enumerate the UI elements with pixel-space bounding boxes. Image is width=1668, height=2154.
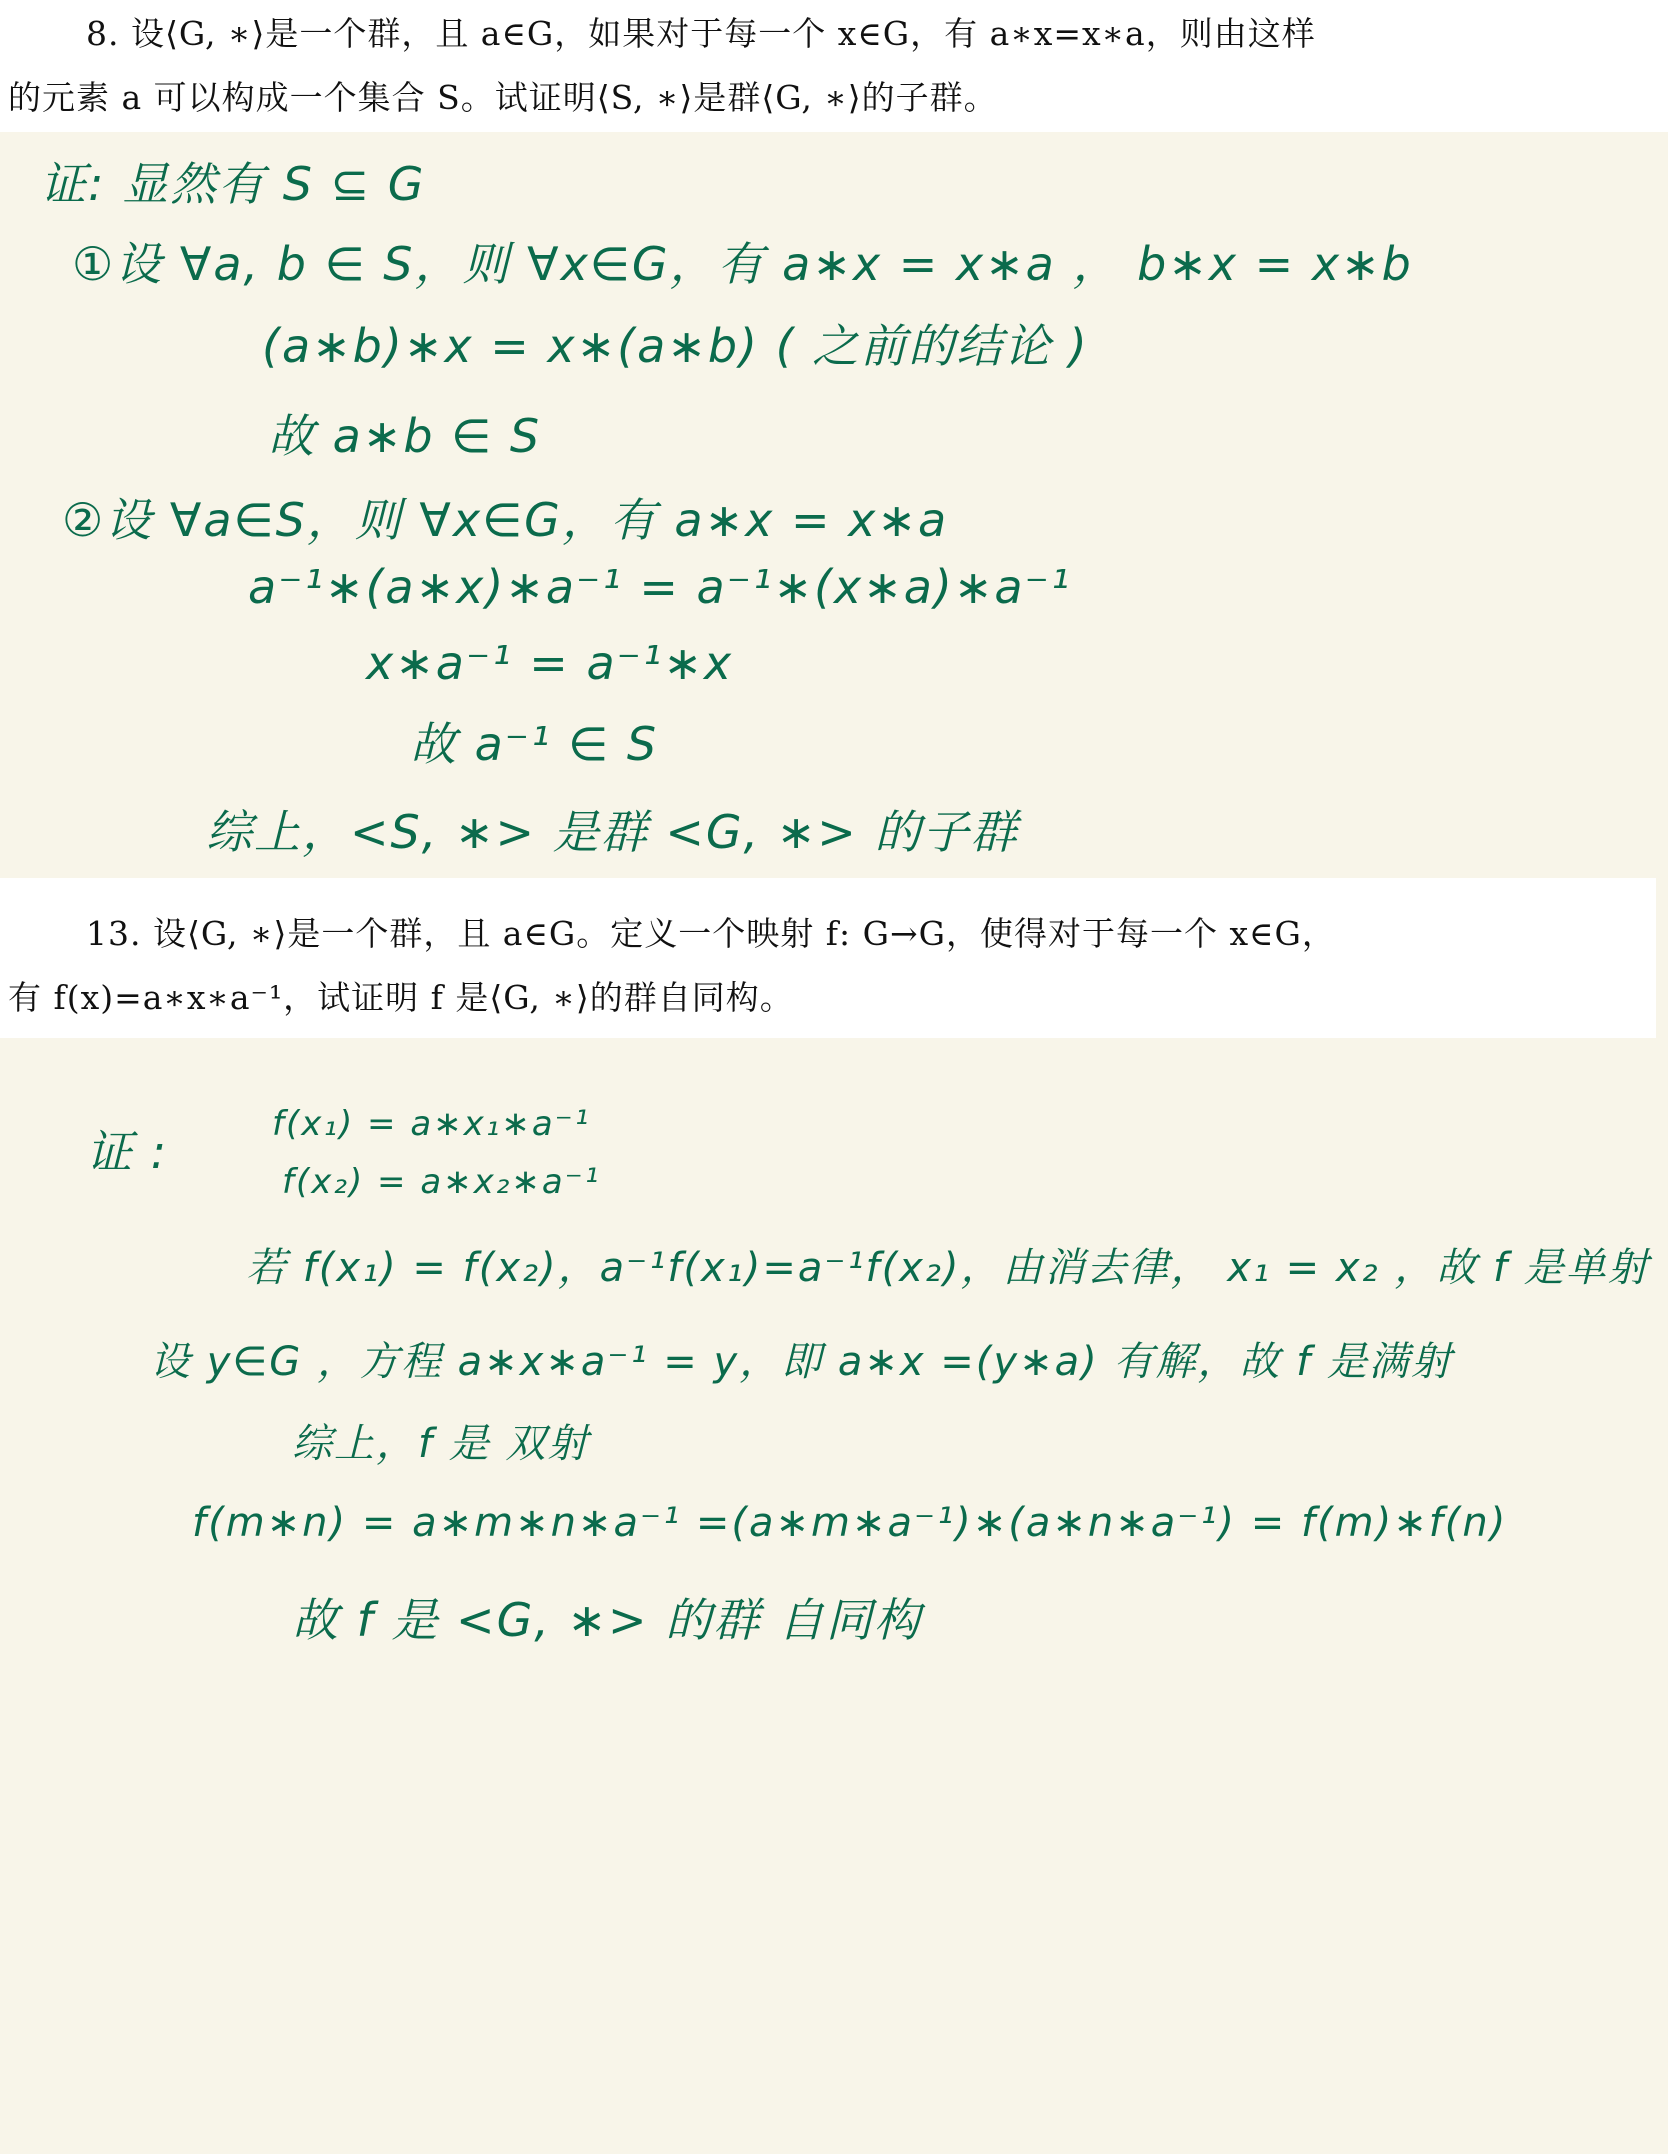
proof-8-line-5: ②设 ∀a∈S，则 ∀x∈G，有 a∗x = x∗a [62,484,948,550]
problem-8-line-2: 的元素 a 可以构成一个集合 S。试证明⟨S, ∗⟩是群⟨G, ∗⟩的子群。 [8,66,1668,130]
proof-13-line-f-x1: f(x₁) = a∗x₁∗a⁻¹ [272,1104,590,1144]
proof-13-line-f-x2: f(x₂) = a∗x₂∗a⁻¹ [282,1162,600,1202]
proof-13-label: 证 : [86,1116,168,1182]
proof-13-surjective: 设 y∈G ，方程 a∗x∗a⁻¹ = y，即 a∗x =(y∗a) 有解，故 … [150,1330,1453,1387]
problem-13-block: 13. 设⟨G, ∗⟩是一个群，且 a∈G。定义一个映射 f: G→G，使得对于… [0,878,1656,1038]
proof-8-line-3: (a∗b)∗x = x∗(a∗b) ( 之前的结论 ) [262,310,1089,376]
proof-13-homomorphism: f(m∗n) = a∗m∗n∗a⁻¹ =(a∗m∗a⁻¹)∗(a∗n∗a⁻¹) … [192,1500,1507,1546]
proof-8-line-7: x∗a⁻¹ = a⁻¹∗x [366,636,733,690]
proof-8-line-4: 故 a∗b ∈ S [268,400,541,466]
problem-13-line-1: 13. 设⟨G, ∗⟩是一个群，且 a∈G。定义一个映射 f: G→G，使得对于… [8,902,1656,966]
problem-13-line-2: 有 f(x)=a∗x∗a⁻¹，试证明 f 是⟨G, ∗⟩的群自同构。 [8,966,1656,1030]
problem-8-block: 8. 设⟨G, ∗⟩是一个群，且 a∈G，如果对于每一个 x∈G，有 a∗x=x… [0,0,1668,132]
proof-8-line-9: 综上，<S, ∗> 是群 <G, ∗> 的子群 [206,796,1018,862]
proof-13-injective: 若 f(x₁) = f(x₂)，a⁻¹f(x₁)=a⁻¹f(x₂)，由消去律， … [246,1236,1650,1293]
proof-8-line-2: ①设 ∀a, b ∈ S，则 ∀x∈G，有 a∗x = x∗a ， b∗x = … [72,228,1413,294]
proof-8-line-6: a⁻¹∗(a∗x)∗a⁻¹ = a⁻¹∗(x∗a)∗a⁻¹ [248,560,1071,614]
proof-13-bijective: 综上，f 是 双射 [292,1412,590,1469]
proof-8-line-8: 故 a⁻¹ ∈ S [410,708,658,774]
problem-8-line-1: 8. 设⟨G, ∗⟩是一个群，且 a∈G，如果对于每一个 x∈G，有 a∗x=x… [8,2,1668,66]
proof-13-conclusion: 故 f 是 <G, ∗> 的群 自同构 [292,1584,922,1650]
proof-8-line-1: 证: 显然有 S ⊆ G [40,148,425,214]
